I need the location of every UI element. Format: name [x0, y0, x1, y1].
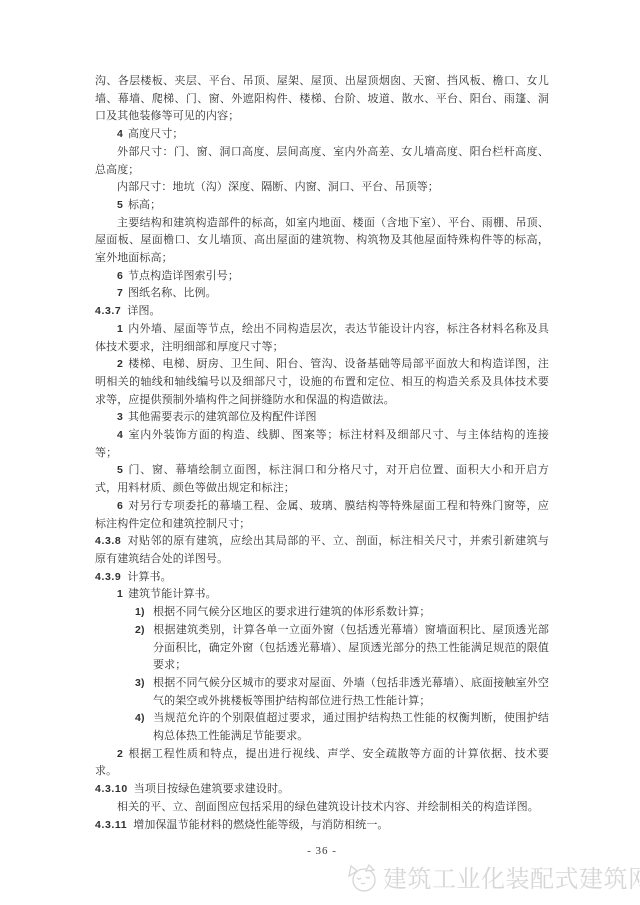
clause-number: 1) — [135, 604, 153, 622]
paragraph: 相关的平、立、剖面图应包括采用的绿色建筑设计技术内容、并绘制相关的构造详图。 — [95, 799, 549, 817]
clause-paragraph: 4.3.8对贴邻的原有建筑，应绘出其局部的平、立、剖面，标注相关尺寸，并索引新建… — [95, 533, 549, 568]
paragraph: 3)根据不同气候分区城市的要求对屋面、外墙（包括非透光幕墙）、底面接触室外空气的… — [95, 675, 549, 710]
clause-number: 5 — [117, 464, 123, 476]
clause-number: 1 — [117, 588, 123, 600]
paragraph-text: 高度尺寸； — [128, 128, 184, 140]
clause-number: 4.3.7 — [95, 305, 121, 317]
paragraph: 3其他需要表示的建筑部位及构配件详图 — [95, 409, 549, 427]
paragraph: 外部尺寸：门、窗、洞口高度、层间高度、室内外高差、女儿墙高度、阳台栏杆高度、总高… — [95, 144, 549, 179]
paragraph: 4高度尺寸； — [95, 126, 549, 144]
clause-number: 4.3.10 — [95, 783, 128, 795]
clause-number: 6 — [117, 500, 123, 512]
paragraph-text: 建筑节能计算书。 — [128, 588, 217, 600]
paragraph-text: 内外墙、屋面等节点，绘出不同构造层次，表达节能设计内容，标注各材料名称及具体技术… — [95, 323, 549, 353]
clause-number: 2 — [117, 748, 123, 760]
paragraph-text: 其他需要表示的建筑部位及构配件详图 — [128, 411, 317, 423]
paragraph-text: 计算书。 — [127, 571, 171, 583]
paragraph: 内部尺寸：地坑（沟）深度、隔断、内窗、洞口、平台、吊顶等； — [95, 179, 549, 197]
paragraph: 6对另行专项委托的幕墙工程、金属、玻璃、膜结构等特殊屋面工程和特殊门窗等，应标注… — [95, 498, 549, 533]
paragraph-text: 外部尺寸：门、窗、洞口高度、层间高度、室内外高差、女儿墙高度、阳台栏杆高度、总高… — [95, 146, 549, 176]
paragraph-text: 楼梯、电梯、厨房、卫生间、阳台、管沟、设备基础等局部平面放大和构造详图，注明相关… — [95, 358, 549, 405]
paragraph: 2根据工程性质和特点，提出进行视线、声学、安全疏散等方面的计算依据、技术要求。 — [95, 746, 549, 781]
clause-number: 3) — [135, 675, 153, 693]
paragraph: 1)根据不同气候分区地区的要求进行建筑的体形系数计算； — [95, 604, 549, 622]
paragraph-text: 室内外装饰方面的构造、线脚、图案等；标注材料及细部尺寸、与主体结构的连接等； — [95, 429, 549, 459]
paragraph-text: 当规范允许的个别限值超过要求，通过围护结构热工性能的权衡判断，使围护结构总体热工… — [153, 712, 549, 742]
paragraph-text: 节点构造详图索引号； — [128, 270, 239, 282]
clause-number: 5 — [117, 199, 123, 211]
paragraph-text: 当项目按绿色建筑要求建设时。 — [134, 783, 289, 795]
paragraph-text: 对另行专项委托的幕墙工程、金属、玻璃、膜结构等特殊屋面工程和特殊门窗等，应标注构… — [95, 500, 549, 530]
paragraph-text: 主要结构和建筑构造部件的标高，如室内地面、楼面（含地下室）、平台、雨棚、吊顶、屋… — [95, 217, 549, 264]
clause-number: 2) — [135, 622, 153, 640]
paragraph-text: 详图。 — [127, 305, 160, 317]
paragraph-text: 图纸名称、比例。 — [128, 287, 217, 299]
paragraph: 1建筑节能计算书。 — [95, 586, 549, 604]
paragraph-text: 门、窗、幕墙绘制立面图，标注洞口和分格尺寸，对开启位置、面积大小和开启方式，用料… — [95, 464, 549, 494]
clause-number: 4.3.11 — [95, 819, 127, 831]
paragraph-text: 标高； — [128, 199, 161, 211]
paragraph-text: 内部尺寸：地坑（沟）深度、隔断、内窗、洞口、平台、吊顶等； — [117, 181, 439, 193]
paragraph-text: 沟、各层楼板、夹层、平台、吊顶、屋架、屋顶、出屋顶烟囱、天窗、挡风板、檐口、女儿… — [95, 75, 549, 122]
document-body: 沟、各层楼板、夹层、平台、吊顶、屋架、屋顶、出屋顶烟囱、天窗、挡风板、檐口、女儿… — [95, 73, 549, 834]
paragraph-text: 相关的平、立、剖面图应包括采用的绿色建筑设计技术内容、并绘制相关的构造详图。 — [117, 801, 539, 813]
paragraph: 4)当规范允许的个别限值超过要求，通过围护结构热工性能的权衡判断，使围护结构总体… — [95, 710, 549, 745]
paragraph: 7图纸名称、比例。 — [95, 285, 549, 303]
clause-number: 2 — [117, 358, 123, 370]
clause-number: 7 — [117, 287, 123, 299]
paragraph-text: 对贴邻的原有建筑，应绘出其局部的平、立、剖面，标注相关尺寸，并索引新建筑与原有建… — [95, 535, 549, 565]
clause-number: 3 — [117, 411, 123, 423]
paragraph: 1内外墙、屋面等节点，绘出不同构造层次，表达节能设计内容，标注各材料名称及具体技… — [95, 321, 549, 356]
clause-number: 4.3.9 — [95, 571, 121, 583]
clause-number: 4.3.8 — [95, 535, 121, 547]
clause-paragraph: 4.3.11增加保温节能材料的燃烧性能等级，与消防相统一。 — [95, 817, 549, 835]
clause-paragraph: 4.3.9计算书。 — [95, 569, 549, 587]
document-page: 沟、各层楼板、夹层、平台、吊顶、屋架、屋顶、出屋顶烟囱、天窗、挡风板、檐口、女儿… — [0, 0, 640, 905]
paragraph: 5标高； — [95, 197, 549, 215]
clause-number: 4) — [135, 710, 153, 728]
clause-number: 4 — [117, 128, 123, 140]
paragraph: 沟、各层楼板、夹层、平台、吊顶、屋架、屋顶、出屋顶烟囱、天窗、挡风板、檐口、女儿… — [95, 73, 549, 126]
paragraph: 4室内外装饰方面的构造、线脚、图案等；标注材料及细部尺寸、与主体结构的连接等； — [95, 427, 549, 462]
paragraph: 5门、窗、幕墙绘制立面图，标注洞口和分格尺寸，对开启位置、面积大小和开启方式，用… — [95, 462, 549, 497]
mascot-logo-icon — [345, 856, 381, 896]
watermark-text: 建筑工业化装配式建筑网 — [383, 859, 640, 894]
paragraph: 6节点构造详图索引号； — [95, 268, 549, 286]
paragraph-text: 增加保温节能材料的燃烧性能等级，与消防相统一。 — [133, 819, 388, 831]
watermark: 建筑工业化装配式建筑网 — [345, 856, 640, 896]
paragraph-text: 根据工程性质和特点，提出进行视线、声学、安全疏散等方面的计算依据、技术要求。 — [95, 748, 549, 778]
clause-paragraph: 4.3.10当项目按绿色建筑要求建设时。 — [95, 781, 549, 799]
paragraph-text: 根据不同气候分区城市的要求对屋面、外墙（包括非透光幕墙）、底面接触室外空气的架空… — [153, 677, 549, 707]
paragraph: 主要结构和建筑构造部件的标高，如室内地面、楼面（含地下室）、平台、雨棚、吊顶、屋… — [95, 215, 549, 268]
paragraph-text: 根据不同气候分区地区的要求进行建筑的体形系数计算； — [153, 606, 431, 618]
clause-number: 1 — [117, 323, 123, 335]
clause-number: 4 — [117, 429, 123, 441]
clause-paragraph: 4.3.7详图。 — [95, 303, 549, 321]
paragraph: 2楼梯、电梯、厨房、卫生间、阳台、管沟、设备基础等局部平面放大和构造详图，注明相… — [95, 356, 549, 409]
paragraph: 2)根据建筑类别，计算各单一立面外窗（包括透光幕墙）窗墙面积比、屋顶透光部分面积… — [95, 622, 549, 675]
clause-number: 6 — [117, 270, 123, 282]
paragraph-text: 根据建筑类别，计算各单一立面外窗（包括透光幕墙）窗墙面积比、屋顶透光部分面积比，… — [153, 624, 549, 671]
